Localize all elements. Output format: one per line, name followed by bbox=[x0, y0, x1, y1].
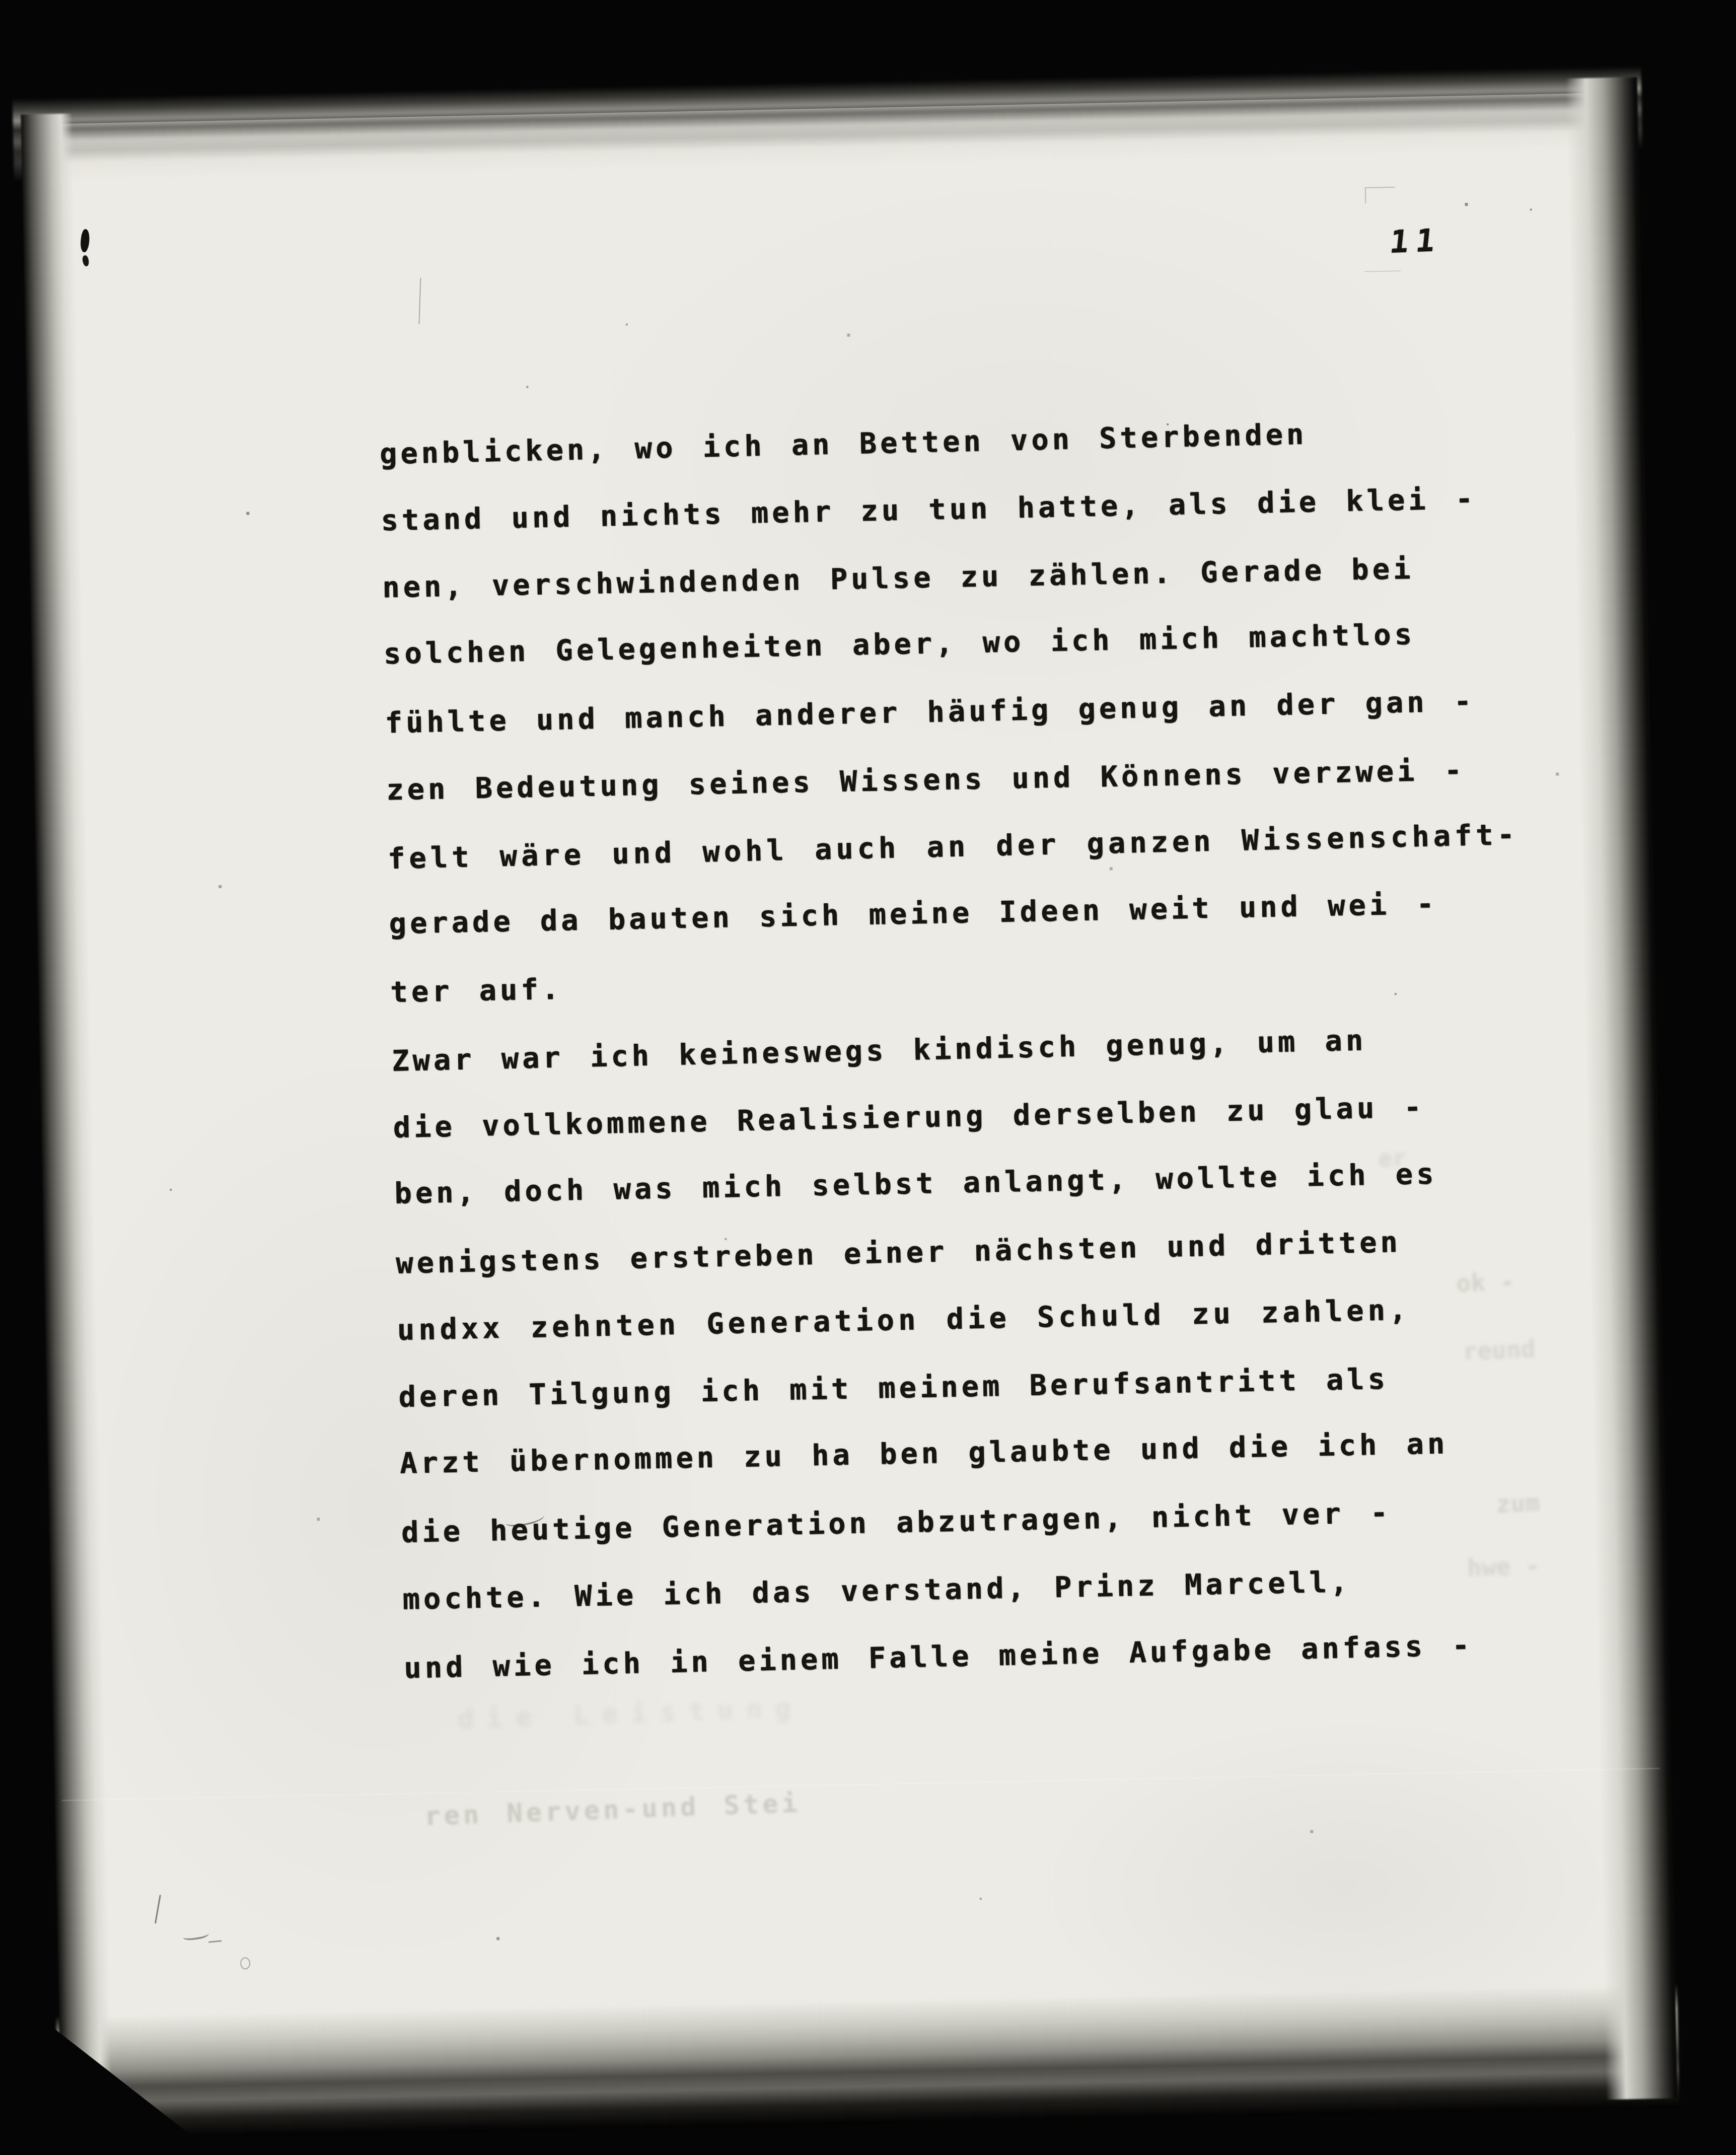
bleedthrough-text-fragment: ok - bbox=[1456, 1267, 1515, 1298]
scratch-mark bbox=[418, 278, 421, 324]
bleedthrough-text-fragment: hwe - bbox=[1467, 1551, 1540, 1582]
page-stack-edge-left bbox=[21, 113, 112, 2125]
pencil-slash-mark bbox=[155, 1895, 161, 1924]
page-stack-edge-top bbox=[13, 66, 1643, 182]
page-stack-edge-bottom bbox=[56, 1984, 1679, 2140]
dust-specks bbox=[28, 124, 29, 125]
manuscript-page: 11 genblicken, wo ich an Betten von Ster… bbox=[28, 93, 1667, 2111]
ink-blot-mark bbox=[81, 229, 90, 266]
scanned-manuscript-photo: 11 genblicken, wo ich an Betten von Ster… bbox=[0, 0, 1736, 2155]
pencil-ring-mark bbox=[240, 1957, 250, 1969]
ink-blot-lower bbox=[82, 255, 90, 267]
bleedthrough-text-fragment: ren Nerven-und Stei bbox=[424, 1788, 801, 1832]
scan-artifact-line bbox=[62, 1768, 1660, 1802]
pencil-scratch bbox=[1365, 187, 1396, 203]
bleedthrough-text-fragment: zum bbox=[1495, 1489, 1540, 1519]
bleedthrough-text-fragment: er bbox=[1378, 1144, 1406, 1172]
page-number: 11 bbox=[1388, 222, 1443, 260]
pencil-dash-mark bbox=[208, 1940, 222, 1943]
ink-blot-upper bbox=[80, 229, 91, 252]
pencil-squiggle-mark bbox=[182, 1928, 209, 1941]
bleedthrough-text-fragment: reund bbox=[1462, 1335, 1536, 1366]
pencil-scratch bbox=[1364, 271, 1401, 272]
typewritten-text-block: genblicken, wo ich an Betten von Sterben… bbox=[379, 395, 1613, 1701]
